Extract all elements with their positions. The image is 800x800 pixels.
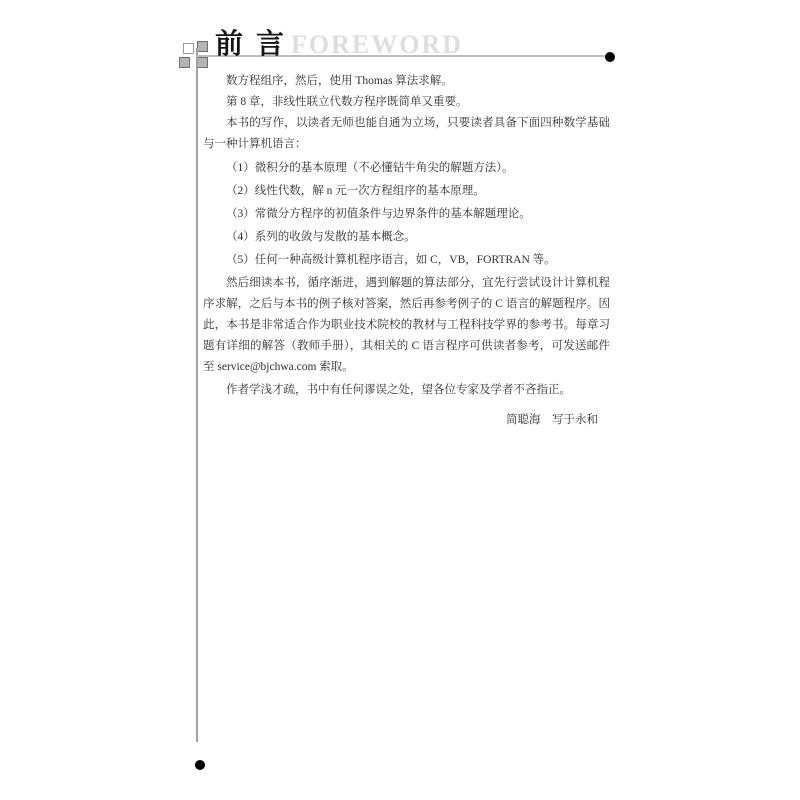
paragraph: 本书的写作，以读者无师也能自通为立场，只要读者具备下面四种数学基础与一种计算机语… <box>203 113 610 155</box>
left-vertical-rule <box>196 48 198 742</box>
numbered-list-item: （1）微积分的基本原理（不必懂钻牛角尖的解题方法）。 <box>203 157 610 180</box>
numbered-list-item: （4）系列的收敛与发散的基本概念。 <box>203 226 610 249</box>
rule-end-dot-top <box>605 52 615 62</box>
page-title-english: FOREWORD <box>291 30 463 60</box>
corner-square-top-left <box>183 43 194 54</box>
page-header: 前 言 FOREWORD <box>215 22 463 62</box>
prerequisite-list: （1）微积分的基本原理（不必懂钻牛角尖的解题方法）。 （2）线性代数，解 n 元… <box>203 157 610 272</box>
preface-page: 前 言 FOREWORD 数方程组序，然后，使用 Thomas 算法求解。 第 … <box>0 0 800 800</box>
numbered-list-item: （3）常微分方程序的初值条件与边界条件的基本解题理论。 <box>203 203 610 226</box>
paragraph: 数方程组序，然后，使用 Thomas 算法求解。 <box>203 71 610 92</box>
page-title: 前 言 <box>215 22 287 62</box>
paragraph: 作者学浅才疏，书中有任何谬误之处，望各位专家及学者不吝指正。 <box>203 380 610 401</box>
paragraph: 第 8 章，非线性联立代数方程序既简单又重要。 <box>203 92 610 113</box>
numbered-list-item: （2）线性代数，解 n 元一次方程组序的基本原理。 <box>203 180 610 203</box>
corner-square-top-right <box>197 41 208 52</box>
rule-end-dot-bottom <box>195 760 205 770</box>
numbered-list-item: （5）任何一种高级计算机程序语言，如 C，VB，FORTRAN 等。 <box>203 249 610 272</box>
paragraph: 然后细读本书，循序渐进，遇到解题的算法部分，宜先行尝试设计计算机程序求解，之后与… <box>203 273 610 378</box>
preface-body: 数方程组序，然后，使用 Thomas 算法求解。 第 8 章，非线性联立代数方程… <box>203 71 610 431</box>
author-signature: 简聪海 写于永和 <box>203 410 610 431</box>
corner-square-bottom-right <box>197 57 208 68</box>
corner-square-bottom-left <box>179 57 190 68</box>
